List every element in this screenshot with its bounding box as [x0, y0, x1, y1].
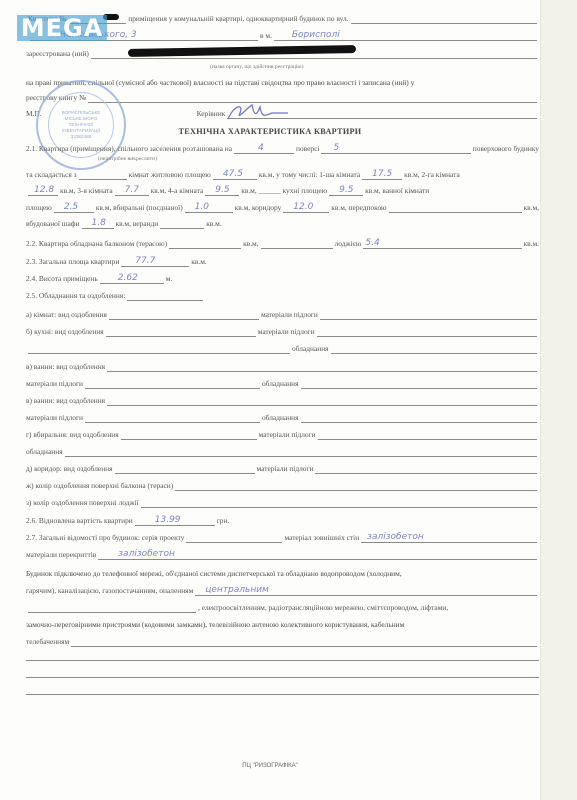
floors-total-value: 5 [333, 143, 339, 153]
utilities-row: гарячим), каналізацією, газопостачанням,… [26, 586, 539, 596]
hall-label: кв.м, передпокою [331, 203, 386, 213]
balcony-color-row: ж) колір оздоблення поверхні балкона (те… [26, 481, 539, 491]
tv-row: телебаченням [26, 637, 539, 647]
bath-label: кв.м, ванної кімнати [365, 186, 429, 196]
rooms-finish-label: а) кімнат: вид оздоблення [26, 310, 107, 320]
room4-field: 9.5 [205, 186, 239, 196]
kitchen-equipment-field [331, 344, 537, 354]
locks-row: замочно-переговірними пристроями (кодови… [26, 620, 539, 630]
ceilings-value: залізобетон [118, 549, 175, 559]
bath-equipment-label-2: обладнання [262, 413, 299, 423]
toilet-field: 1.0 [185, 203, 233, 213]
section-2-2-row: 2.2. Квартира обладнана балконом (терасо… [26, 239, 539, 249]
strike-note: (непотрібне викреслити) [98, 154, 539, 164]
toilet-floor-label: матеріали підлоги [259, 430, 316, 440]
room1-value: 17.5 [372, 169, 392, 179]
living-area-value: 47.5 [223, 169, 243, 179]
section-2-1-prefix: 2.1. Квартира (приміщення), спільного за… [26, 144, 232, 154]
rooms-prefix: та складається з [26, 170, 77, 180]
section-2-4-row: 2.4. Висота приміщень 2.62 м. [26, 274, 539, 284]
balcony-unit: кв.м, [243, 239, 258, 249]
toilet-value: 1.0 [195, 202, 209, 212]
corridor-floor-label: матеріали підлоги [257, 464, 314, 474]
town-label: в м. [260, 31, 272, 41]
connected-row: Будинок підключено до телефонної мережі,… [26, 569, 539, 579]
living-area-field: 47.5 [213, 170, 257, 180]
equipment-heading-field [127, 291, 203, 301]
bath-floor-label-2: матеріали підлоги [26, 413, 83, 423]
corridor-label: кв.м, коридору [235, 203, 282, 213]
balcony-label: 2.2. Квартира обладнана балконом (терасо… [26, 239, 167, 249]
room3-field: 7.7 [115, 186, 149, 196]
street-field-start [351, 14, 537, 24]
bath-equipment-field [301, 379, 538, 389]
section-2-5-row: 2.5. Обладнання та оздоблення: [26, 291, 539, 301]
toilet-label: кв.м, вбиральні (поєднаної) [96, 203, 183, 213]
project-series-field [186, 533, 282, 543]
loggia-color-field [141, 498, 537, 508]
utilities-label: гарячим), каналізацією, газопостачанням,… [26, 586, 193, 596]
bath-floor-label: матеріали підлоги [26, 379, 83, 389]
toilet-equipment-row: обладнання [26, 447, 539, 457]
floors-total-label: поверхового будинку [473, 144, 539, 154]
total-area-field: 77.7 [121, 257, 189, 267]
document-title: ТЕХНІЧНА ХАРАКТЕРИСТИКА КВАРТИРИ [0, 127, 540, 136]
rooms-floor-field [320, 310, 537, 320]
bath-floor-field-2 [85, 413, 260, 423]
loggia-label: лоджією [335, 239, 362, 249]
room1-label: кв.м, у тому числі: 1-ша кімната [259, 170, 360, 180]
heating-value: центральним [205, 585, 269, 595]
closet-label: вбудованої шафи [26, 219, 80, 229]
bath-value: 2.5 [64, 202, 78, 212]
bath-finish-field [107, 362, 537, 372]
balcony-color-field [175, 481, 537, 491]
height-unit: м. [166, 274, 173, 284]
room4-value: 9.5 [215, 185, 229, 195]
blank-line-2 [26, 677, 539, 678]
total-area-label: 2.3. Загальна площа квартири [26, 257, 119, 267]
kitchen-finish-field-2 [28, 344, 290, 354]
section-2-3-row: 2.3. Загальна площа квартири 77.7 кв.м. [26, 257, 539, 267]
signature [222, 101, 292, 123]
rooms-floor-label: матеріали підлоги [261, 310, 318, 320]
room2-value: 12.8 [34, 185, 54, 195]
closet-value: 1.8 [92, 218, 106, 228]
bath-equipment-label: обладнання [262, 379, 299, 389]
toilet-floor-field [318, 430, 537, 440]
heating-field: центральним [195, 586, 537, 596]
bath-floor-field [85, 379, 260, 389]
heating-field-2 [28, 603, 196, 613]
kitchen-floor-field [317, 327, 537, 337]
printer-footer: ПЦ "РИЗОГРАФІКА" [0, 763, 540, 769]
toilet-finish-field [121, 430, 257, 440]
room3-value: 7.7 [125, 185, 139, 195]
room2-field: 12.8 [28, 186, 58, 196]
ceilings-field: залізобетон [98, 550, 537, 560]
corridor-finish-field [115, 464, 255, 474]
loggia-color-row: з) колір оздоблення поверхні лоджії [26, 498, 539, 508]
floor-label: поверсі [296, 144, 319, 154]
mega-logo: MEGA [17, 15, 107, 41]
bath-field: 2.5 [54, 203, 94, 213]
rooms-count-field [79, 170, 127, 180]
area-label: площею [26, 203, 52, 213]
kitchen-equipment-row: обладнання [26, 344, 539, 354]
floor-field: 4 [234, 144, 294, 154]
room3-label: кв.м, 3-я кімната [60, 186, 113, 196]
walls-field: залізобетон [361, 533, 537, 543]
kitchen-field: 9.5 [329, 186, 363, 196]
height-label: 2.4. Висота приміщень [26, 274, 98, 284]
town-field: Борисполі [274, 31, 537, 41]
corridor-value: 12.0 [293, 202, 313, 212]
floor-value: 4 [258, 143, 264, 153]
bath-equipment-field-2 [301, 413, 538, 423]
rooms-finish-field [109, 310, 259, 320]
loggia-field: 5.4 [363, 239, 521, 249]
total-area-value: 77.7 [135, 256, 155, 266]
total-area-unit: кв.м. [191, 257, 206, 267]
toilet-finish-label: г) вбиральня: вид оздоблення [26, 430, 119, 440]
bath-finish-row-2: в) ванни: вид оздоблення [26, 396, 539, 406]
section-2-1-row: 2.1. Квартира (приміщення), спільного за… [26, 144, 539, 154]
loggia-color-label: з) колір оздоблення поверхні лоджії [26, 498, 139, 508]
room1-field: 17.5 [362, 170, 402, 180]
walls-label: матеріал зовнішніх стін [284, 533, 359, 543]
cost-value: 13.99 [155, 515, 181, 525]
building-info-label: 2.7. Загальні відомості про будинок: сер… [26, 533, 184, 543]
ceilings-row: матеріали перекриттів залізобетон [26, 550, 539, 560]
rooms-row-2: 12.8 кв.м, 3-я кімната 7.7 кв.м, 4-а кім… [26, 186, 539, 196]
bath-floor-row: матеріали підлоги обладнання [26, 379, 539, 389]
toilet-finish-row: г) вбиральня: вид оздоблення матеріали п… [26, 430, 539, 440]
kitchen-label: кв.м, ______ кухні площею [241, 186, 327, 196]
scan-edge [540, 0, 577, 800]
room2-label: кв.м, 2-га кімната [404, 170, 460, 180]
registered-note: (назва органу, що здійснив реєстрацію) [210, 62, 539, 72]
floors-total-field: 5 [321, 144, 470, 154]
kitchen-finish-field [106, 327, 256, 337]
height-field: 2.62 [100, 274, 164, 284]
closet-field: 1.8 [82, 219, 114, 229]
registered-label: зареєстрована (ний) [26, 49, 89, 59]
bath-finish-label-2: в) ванни: вид оздоблення [26, 396, 105, 406]
walls-value: залізобетон [367, 532, 424, 542]
town-value: Борисполі [292, 30, 340, 40]
balcony-field [169, 239, 241, 249]
rooms-row: та складається з кімнат житловою площею … [26, 170, 539, 180]
veranda-field [160, 219, 204, 229]
veranda-label: кв.м, веранди [116, 219, 159, 229]
electric-label: , електроосвітленням, радіотрансляційною… [198, 603, 448, 613]
balcony-color-label: ж) колір оздоблення поверхні балкона (те… [26, 481, 173, 491]
hall-unit: кв.м, [524, 203, 539, 213]
cost-label: 2.6. Відновлена вартість квартири [26, 516, 133, 526]
kitchen-value: 9.5 [339, 185, 353, 195]
section-2-6-row: 2.6. Відновлена вартість квартири 13.99 … [26, 516, 539, 526]
blank-line-1 [26, 660, 539, 661]
loggia-unit: кв.м. [524, 239, 539, 249]
tv-field [71, 637, 537, 647]
kitchen-finish-label: б) кухні: вид оздоблення [26, 327, 104, 337]
kitchen-equipment-label: обладнання [292, 344, 329, 354]
tv-label: телебаченням [26, 637, 69, 647]
director-label: Керівник [197, 109, 226, 119]
toilet-equipment-field [65, 447, 537, 457]
bath-floor-row-2: матеріали підлоги обладнання [26, 413, 539, 423]
bath-finish-row: в) ванни: вид оздоблення [26, 362, 539, 372]
rooms-finish-row: а) кімнат: вид оздоблення матеріали підл… [26, 310, 539, 320]
veranda-unit: кв.м. [206, 219, 221, 229]
section-2-7-row: 2.7. Загальні відомості про будинок: сер… [26, 533, 539, 543]
loggia-value: 5.4 [365, 238, 379, 248]
rooms-label: кімнат житловою площею [129, 170, 211, 180]
rooms-row-3: площею 2.5 кв.м, вбиральні (поєднаної) 1… [26, 203, 539, 213]
corridor-field: 12.0 [283, 203, 329, 213]
balcony-field-2 [261, 239, 333, 249]
corridor-floor-field [315, 464, 537, 474]
equipment-heading: 2.5. Обладнання та оздоблення: [26, 291, 125, 301]
rooms-row-4: вбудованої шафи 1.8 кв.м, веранди кв.м. [26, 219, 539, 229]
room4-label: кв.м, 4-а кімната [151, 186, 204, 196]
apt-desc: приміщення у комунальній квартирі, однок… [128, 14, 348, 24]
electric-row: , електроосвітленням, радіотрансляційною… [26, 603, 539, 613]
height-value: 2.62 [118, 273, 138, 283]
hall-field [389, 203, 522, 213]
bath-finish-field-2 [107, 396, 537, 406]
blank-line-3 [26, 694, 539, 695]
kitchen-floor-label: матеріали підлоги [258, 327, 315, 337]
ceilings-label: матеріали перекриттів [26, 550, 96, 560]
toilet-equipment-label: обладнання [26, 447, 63, 457]
kitchen-finish-row: б) кухні: вид оздоблення матеріали підло… [26, 327, 539, 337]
cost-field: 13.99 [135, 516, 215, 526]
bath-finish-label: в) ванни: вид оздоблення [26, 362, 105, 372]
corridor-finish-label: д) коридор: вид оздоблення [26, 464, 113, 474]
corridor-finish-row: д) коридор: вид оздоблення матеріали під… [26, 464, 539, 474]
registry-field [88, 93, 537, 103]
cost-unit: грн. [217, 516, 230, 526]
